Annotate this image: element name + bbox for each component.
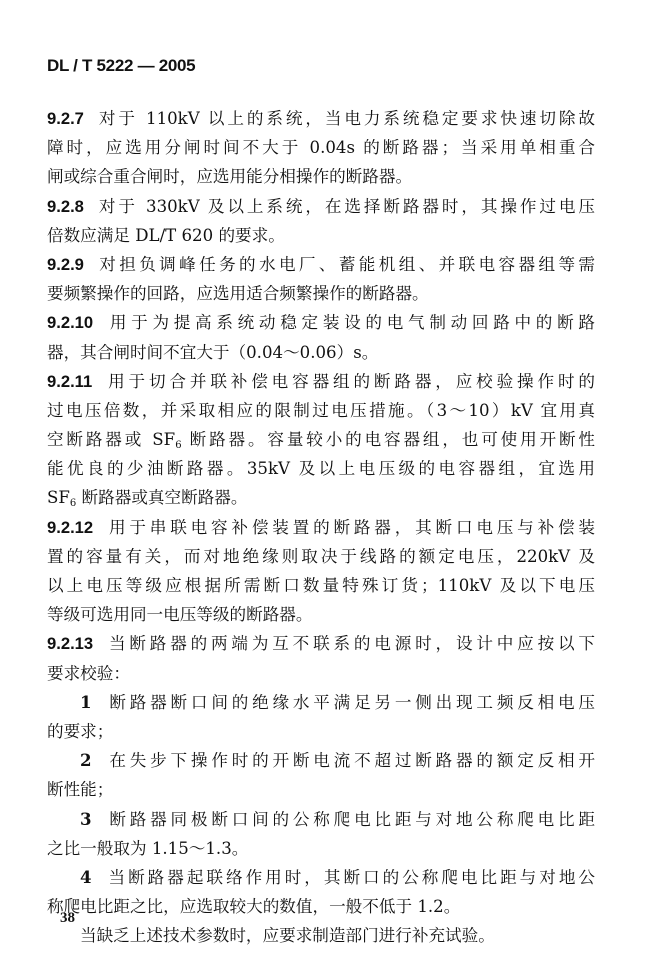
document-page: DL / T 5222 — 2005 9.2.7对于 110kV 以上的系统，当… xyxy=(0,0,669,977)
clause-text: 倍数应满足 DL/T 620 的要求。 xyxy=(47,226,285,245)
item-number: 1 xyxy=(80,692,92,712)
closing-note: 当缺乏上述技术参数时，应要求制造部门进行补充试验。 xyxy=(47,921,595,950)
clause-number: 9.2.7 xyxy=(47,109,84,128)
clause-text: 障时，应选用分闸时间不大于 0.04s 的断路器；当采用单相重合 xyxy=(47,138,595,157)
clause-number: 9.2.13 xyxy=(47,634,93,653)
clause-number: 9.2.10 xyxy=(47,313,93,332)
clause-number: 9.2.9 xyxy=(47,255,84,274)
item-number: 4 xyxy=(80,867,92,887)
item-text: 之比一般取为 1.15～1.3。 xyxy=(47,839,248,858)
clause-text: 过电压倍数，并采取相应的限制过电压措施。（3～10）kV 宜用真 xyxy=(47,401,595,420)
sub-item-2: 2在失步下操作时的开断电流不超过断路器的额定反相开 断性能； xyxy=(47,746,595,804)
clause-text: 要求校验： xyxy=(47,664,130,683)
clause-9-2-9: 9.2.9对担负调峰任务的水电厂、蓄能机组、并联电容器组等需 要频繁操作的回路，… xyxy=(47,250,595,308)
clause-number: 9.2.12 xyxy=(47,518,93,537)
clause-text: SF xyxy=(47,488,70,507)
item-text: 当断路器起联络作用时，其断口的公称爬电比距与对地公 xyxy=(106,868,595,887)
clause-9-2-13: 9.2.13当断路器的两端为互不联系的电源时，设计中应按以下 要求校验： 1断路… xyxy=(47,629,595,950)
sub-item-3: 3断路器同极断口间的公称爬电比距与对地公称爬电比距 之比一般取为 1.15～1.… xyxy=(47,805,595,863)
clause-9-2-11: 9.2.11用于切合并联补偿电容器组的断路器，应校验操作时的 过电压倍数，并采取… xyxy=(47,367,595,513)
clause-text: 要频繁操作的回路，应选用适合频繁操作的断路器。 xyxy=(47,284,429,303)
item-text: 的要求； xyxy=(47,722,113,741)
page-number: 38 xyxy=(60,910,75,927)
item-text: 称爬电比距之比，应选取较大的数值，一般不低于 1.2。 xyxy=(47,897,460,916)
sub-item-1: 1断路器断口间的绝缘水平满足另一侧出现工频反相电压 的要求； xyxy=(47,688,595,746)
clause-text: 断路器。容量较小的电容器组，也可使用开断性 xyxy=(182,430,595,449)
clause-text: 对于 110kV 以上的系统，当电力系统稳定要求快速切除故 xyxy=(96,109,595,128)
clause-text: 等级可选用同一电压等级的断路器。 xyxy=(47,605,313,624)
clause-9-2-8: 9.2.8对于 330kV 及以上系统，在选择断路器时，其操作过电压 倍数应满足… xyxy=(47,192,595,250)
clause-text: 用于切合并联补偿电容器组的断路器，应校验操作时的 xyxy=(104,372,595,391)
item-text: 断路器同极断口间的公称爬电比距与对地公称爬电比距 xyxy=(106,810,595,829)
standard-code-header: DL / T 5222 — 2005 xyxy=(47,56,195,76)
clause-9-2-10: 9.2.10用于为提高系统动稳定装设的电气制动回路中的断路 器，其合闸时间不宜大… xyxy=(47,308,595,366)
clause-text: 闸或综合重合闸时，应选用能分相操作的断路器。 xyxy=(47,167,412,186)
clause-text: 用于为提高系统动稳定装设的电气制动回路中的断路 xyxy=(105,313,595,332)
clause-text: 对于 330kV 及以上系统，在选择断路器时，其操作过电压 xyxy=(96,197,595,216)
sub-item-4: 4当断路器起联络作用时，其断口的公称爬电比距与对地公 称爬电比距之比，应选取较大… xyxy=(47,863,595,921)
clause-9-2-12: 9.2.12用于串联电容补偿装置的断路器，其断口电压与补偿装 置的容量有关，而对… xyxy=(47,513,595,630)
item-text: 在失步下操作时的开断电流不超过断路器的额定反相开 xyxy=(106,751,595,770)
clause-text: 能优良的少油断路器。35kV 及以上电压级的电容器组，宜选用 xyxy=(47,459,595,478)
clause-number: 9.2.8 xyxy=(47,197,84,216)
clause-text: 空断路器或 SF xyxy=(47,430,175,449)
clause-text: 对担负调峰任务的水电厂、蓄能机组、并联电容器组等需 xyxy=(96,255,595,274)
clause-text: 以上电压等级应根据所需断口数量特殊订货；110kV 及以下电压 xyxy=(47,576,595,595)
clause-text: 置的容量有关，而对地绝缘则取决于线路的额定电压，220kV 及 xyxy=(47,547,595,566)
item-text: 断性能； xyxy=(47,780,113,799)
clause-9-2-7: 9.2.7对于 110kV 以上的系统，当电力系统稳定要求快速切除故 障时，应选… xyxy=(47,104,595,192)
clause-text: 器，其合闸时间不宜大于（0.04～0.06）s。 xyxy=(47,343,378,362)
clause-text: 用于串联电容补偿装置的断路器，其断口电压与补偿装 xyxy=(105,518,595,537)
clause-text: 当断路器的两端为互不联系的电源时，设计中应按以下 xyxy=(105,634,595,653)
document-body: 9.2.7对于 110kV 以上的系统，当电力系统稳定要求快速切除故 障时，应选… xyxy=(47,104,595,950)
item-number: 2 xyxy=(80,750,92,770)
clause-number: 9.2.11 xyxy=(47,372,92,391)
item-number: 3 xyxy=(80,809,92,829)
item-text: 断路器断口间的绝缘水平满足另一侧出现工频反相电压 xyxy=(106,693,595,712)
clause-text: 断路器或真空断路器。 xyxy=(76,488,247,507)
